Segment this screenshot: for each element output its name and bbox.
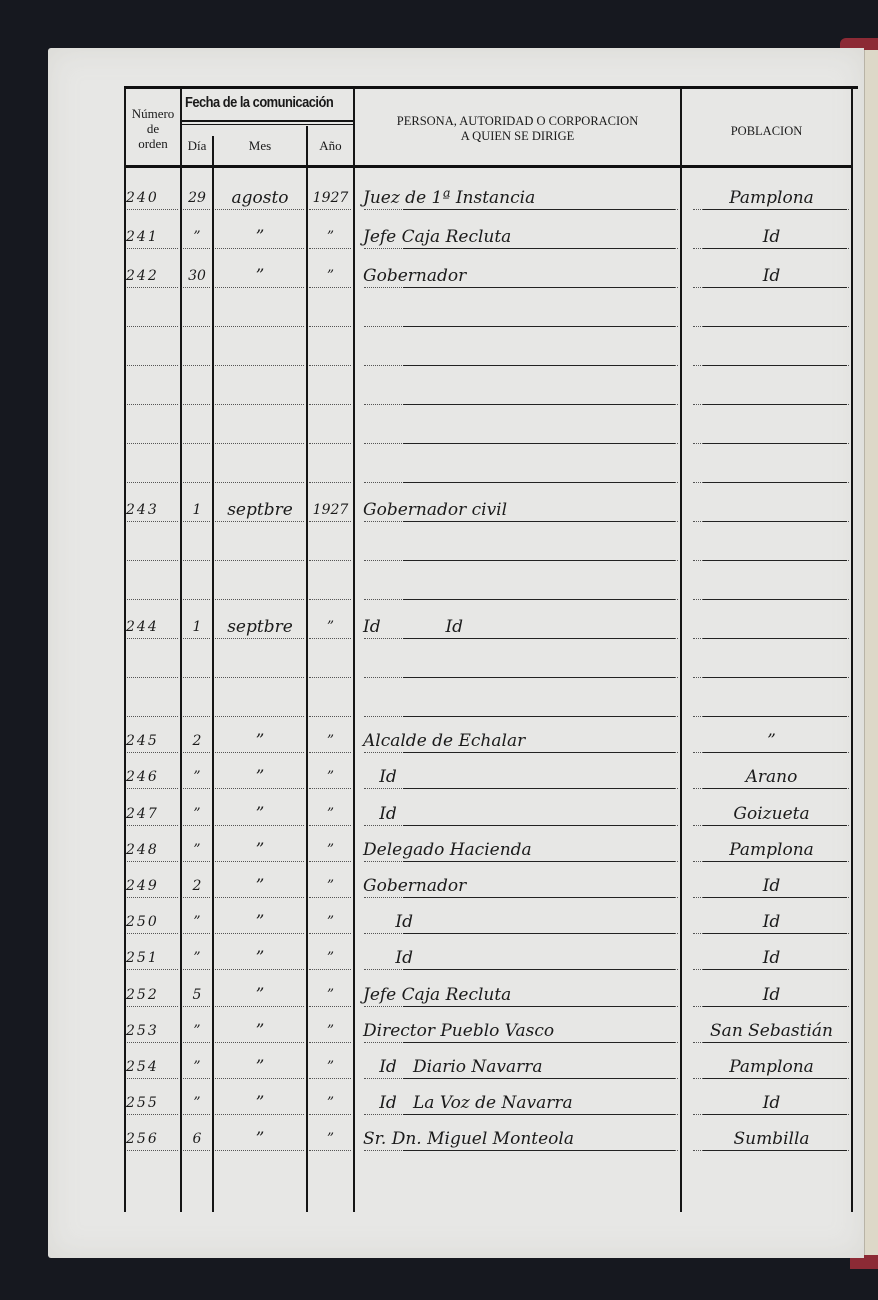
cell-anio: 1927 bbox=[308, 188, 353, 208]
cell-poblacion: Sumbilla bbox=[692, 1129, 851, 1149]
cell-anio: ” bbox=[308, 227, 353, 247]
cell-persona: Delegado Hacienda bbox=[363, 840, 680, 860]
cell-mes: septbre bbox=[214, 500, 306, 520]
cell-numero: 243 bbox=[126, 500, 180, 520]
header-poblacion: POBLACION bbox=[682, 124, 851, 139]
cell-mes: ” bbox=[214, 731, 306, 751]
table-row bbox=[118, 561, 854, 600]
cell-mes: ” bbox=[214, 948, 306, 968]
row-rule bbox=[183, 1150, 210, 1151]
cell-mes: ” bbox=[214, 804, 306, 824]
cell-dia: 1 bbox=[182, 500, 212, 520]
cell-mes: ” bbox=[214, 767, 306, 787]
table-row bbox=[118, 366, 854, 405]
cell-dia: ” bbox=[182, 948, 212, 968]
table-top-border bbox=[124, 86, 858, 89]
cell-numero: 247 bbox=[126, 804, 180, 824]
cell-mes: ” bbox=[214, 876, 306, 896]
cell-anio: 1927 bbox=[308, 500, 353, 520]
cell-persona: Id Id bbox=[363, 617, 680, 637]
cell-persona: Juez de 1ª Instancia bbox=[363, 188, 680, 208]
cell-anio: ” bbox=[308, 266, 353, 286]
cell-numero: 250 bbox=[126, 912, 180, 932]
cell-numero: 249 bbox=[126, 876, 180, 896]
cell-dia: ” bbox=[182, 767, 212, 787]
cell-anio: ” bbox=[308, 1093, 353, 1113]
cell-dia: 29 bbox=[182, 188, 212, 208]
cell-mes: ” bbox=[214, 1129, 306, 1149]
cell-numero: 241 bbox=[126, 227, 180, 247]
table-row: 24029agosto1927Juez de 1ª InstanciaPampl… bbox=[118, 171, 854, 210]
cell-mes: ” bbox=[214, 840, 306, 860]
cell-persona: Id bbox=[363, 804, 680, 824]
header-bottom-rule bbox=[682, 165, 851, 168]
header-text: A QUIEN SE DIRIGE bbox=[355, 129, 680, 144]
row-underline bbox=[403, 1150, 675, 1151]
table-row: 2452””Alcalde de Echalar” bbox=[118, 717, 854, 753]
table-row bbox=[118, 678, 854, 717]
cell-persona: Director Pueblo Vasco bbox=[363, 1021, 680, 1041]
cell-dia: 30 bbox=[182, 266, 212, 286]
header-text: orden bbox=[126, 136, 180, 151]
row-underline bbox=[703, 1150, 847, 1151]
cell-dia: 5 bbox=[182, 985, 212, 1005]
table-row bbox=[118, 639, 854, 678]
table-row: 254””” Id Diario NavarraPamplona bbox=[118, 1043, 854, 1079]
table-row: 2492””GobernadorId bbox=[118, 862, 854, 898]
row-rule bbox=[309, 1150, 351, 1151]
cell-persona: Id La Voz de Navarra bbox=[363, 1093, 680, 1113]
cell-poblacion: Id bbox=[692, 1093, 851, 1113]
header-text: PERSONA, AUTORIDAD O CORPORACION bbox=[355, 114, 680, 129]
cell-poblacion: Pamplona bbox=[692, 188, 851, 208]
row-rule bbox=[215, 1150, 304, 1151]
cell-mes: agosto bbox=[214, 188, 306, 208]
cell-anio: ” bbox=[308, 876, 353, 896]
cell-poblacion: Goizueta bbox=[692, 804, 851, 824]
cell-persona: Id Diario Navarra bbox=[363, 1057, 680, 1077]
cell-poblacion: ” bbox=[692, 731, 851, 751]
table-row: 241”””Jefe Caja ReclutaId bbox=[118, 210, 854, 249]
table-row bbox=[118, 444, 854, 483]
cell-persona: Id bbox=[363, 912, 680, 932]
cell-dia: ” bbox=[182, 1057, 212, 1077]
header-dia: Día bbox=[182, 138, 212, 153]
cell-numero: 252 bbox=[126, 985, 180, 1005]
cell-anio: ” bbox=[308, 617, 353, 637]
table-row bbox=[118, 405, 854, 444]
header-bottom-rule bbox=[214, 165, 306, 168]
cell-mes: ” bbox=[214, 912, 306, 932]
cell-anio: ” bbox=[308, 840, 353, 860]
table-row bbox=[118, 288, 854, 327]
cell-numero: 253 bbox=[126, 1021, 180, 1041]
cell-numero: 255 bbox=[126, 1093, 180, 1113]
cell-anio: ” bbox=[308, 804, 353, 824]
cell-poblacion: Pamplona bbox=[692, 840, 851, 860]
cell-anio: ” bbox=[308, 1021, 353, 1041]
cell-dia: ” bbox=[182, 227, 212, 247]
cell-poblacion: Id bbox=[692, 227, 851, 247]
table-row: 253”””Director Pueblo VascoSan Sebastián bbox=[118, 1007, 854, 1043]
cell-persona: Jefe Caja Recluta bbox=[363, 985, 680, 1005]
table-row: 255””” Id La Voz de NavarraId bbox=[118, 1079, 854, 1115]
cell-poblacion: Id bbox=[692, 266, 851, 286]
cell-anio: ” bbox=[308, 731, 353, 751]
cell-persona: Id bbox=[363, 767, 680, 787]
cell-dia: 6 bbox=[182, 1129, 212, 1149]
table-row: 251””” IdId bbox=[118, 934, 854, 970]
cell-anio: ” bbox=[308, 912, 353, 932]
cell-numero: 246 bbox=[126, 767, 180, 787]
cell-poblacion: Id bbox=[692, 912, 851, 932]
cell-anio: ” bbox=[308, 1129, 353, 1149]
header-persona: PERSONA, AUTORIDAD O CORPORACION A QUIEN… bbox=[355, 114, 680, 144]
cell-numero: 244 bbox=[126, 617, 180, 637]
cell-dia: 1 bbox=[182, 617, 212, 637]
table-row: 250””” IdId bbox=[118, 898, 854, 934]
cell-poblacion: Id bbox=[692, 948, 851, 968]
cell-dia: 2 bbox=[182, 731, 212, 751]
cell-dia: ” bbox=[182, 912, 212, 932]
cell-anio: ” bbox=[308, 985, 353, 1005]
cell-mes: septbre bbox=[214, 617, 306, 637]
cell-numero: 251 bbox=[126, 948, 180, 968]
cell-persona: Jefe Caja Recluta bbox=[363, 227, 680, 247]
cell-persona: Gobernador civil bbox=[363, 500, 680, 520]
cell-poblacion: Id bbox=[692, 985, 851, 1005]
table-row: 247””” IdGoizueta bbox=[118, 789, 854, 825]
cell-anio: ” bbox=[308, 767, 353, 787]
header-fecha-group: Fecha de la comunicación bbox=[185, 95, 333, 110]
table-row: 2441septbre”Id Id bbox=[118, 600, 854, 639]
table-row bbox=[118, 327, 854, 366]
cell-persona: Gobernador bbox=[363, 266, 680, 286]
ledger-table: Número de orden Fecha de la comunicación… bbox=[118, 86, 854, 1212]
table-row: 2431septbre1927Gobernador civil bbox=[118, 483, 854, 522]
table-row bbox=[118, 522, 854, 561]
cell-dia: 2 bbox=[182, 876, 212, 896]
header-anio: Año bbox=[308, 138, 353, 153]
cell-persona: Gobernador bbox=[363, 876, 680, 896]
cell-numero: 248 bbox=[126, 840, 180, 860]
header-text: de bbox=[126, 121, 180, 136]
cell-mes: ” bbox=[214, 985, 306, 1005]
cell-poblacion: Arano bbox=[692, 767, 851, 787]
cell-persona: Sr. Dn. Miguel Monteola bbox=[363, 1129, 680, 1149]
cell-dia: ” bbox=[182, 1093, 212, 1113]
cell-poblacion: Id bbox=[692, 876, 851, 896]
cell-persona: Alcalde de Echalar bbox=[363, 731, 680, 751]
header-bottom-rule bbox=[182, 165, 212, 168]
cell-mes: ” bbox=[214, 266, 306, 286]
table-row: 2566””Sr. Dn. Miguel MonteolaSumbilla bbox=[118, 1115, 854, 1151]
cell-mes: ” bbox=[214, 1021, 306, 1041]
cell-dia: ” bbox=[182, 840, 212, 860]
cell-mes: ” bbox=[214, 227, 306, 247]
cell-dia: ” bbox=[182, 1021, 212, 1041]
cell-numero: 240 bbox=[126, 188, 180, 208]
header-rule bbox=[181, 120, 353, 122]
header-bottom-rule bbox=[308, 165, 353, 168]
table-row: 24230””GobernadorId bbox=[118, 249, 854, 288]
header-bottom-rule bbox=[355, 165, 680, 168]
cell-numero: 256 bbox=[126, 1129, 180, 1149]
header-rule bbox=[181, 124, 353, 125]
row-rule bbox=[127, 1150, 178, 1151]
cell-anio: ” bbox=[308, 1057, 353, 1077]
table-row: 2525””Jefe Caja ReclutaId bbox=[118, 970, 854, 1006]
cell-poblacion: San Sebastián bbox=[692, 1021, 851, 1041]
cell-persona: Id bbox=[363, 948, 680, 968]
table-row: 248”””Delegado HaciendaPamplona bbox=[118, 826, 854, 862]
cell-numero: 242 bbox=[126, 266, 180, 286]
cell-anio: ” bbox=[308, 948, 353, 968]
header-bottom-rule bbox=[126, 165, 180, 168]
cell-numero: 254 bbox=[126, 1057, 180, 1077]
header-numero-orden: Número de orden bbox=[126, 106, 180, 151]
adjacent-page-edge bbox=[864, 50, 878, 1255]
cell-mes: ” bbox=[214, 1057, 306, 1077]
header-text: Número bbox=[126, 106, 180, 121]
header-mes: Mes bbox=[214, 138, 306, 153]
cell-mes: ” bbox=[214, 1093, 306, 1113]
cell-dia: ” bbox=[182, 804, 212, 824]
table-row: 246””” IdArano bbox=[118, 753, 854, 789]
cell-numero: 245 bbox=[126, 731, 180, 751]
cell-poblacion: Pamplona bbox=[692, 1057, 851, 1077]
